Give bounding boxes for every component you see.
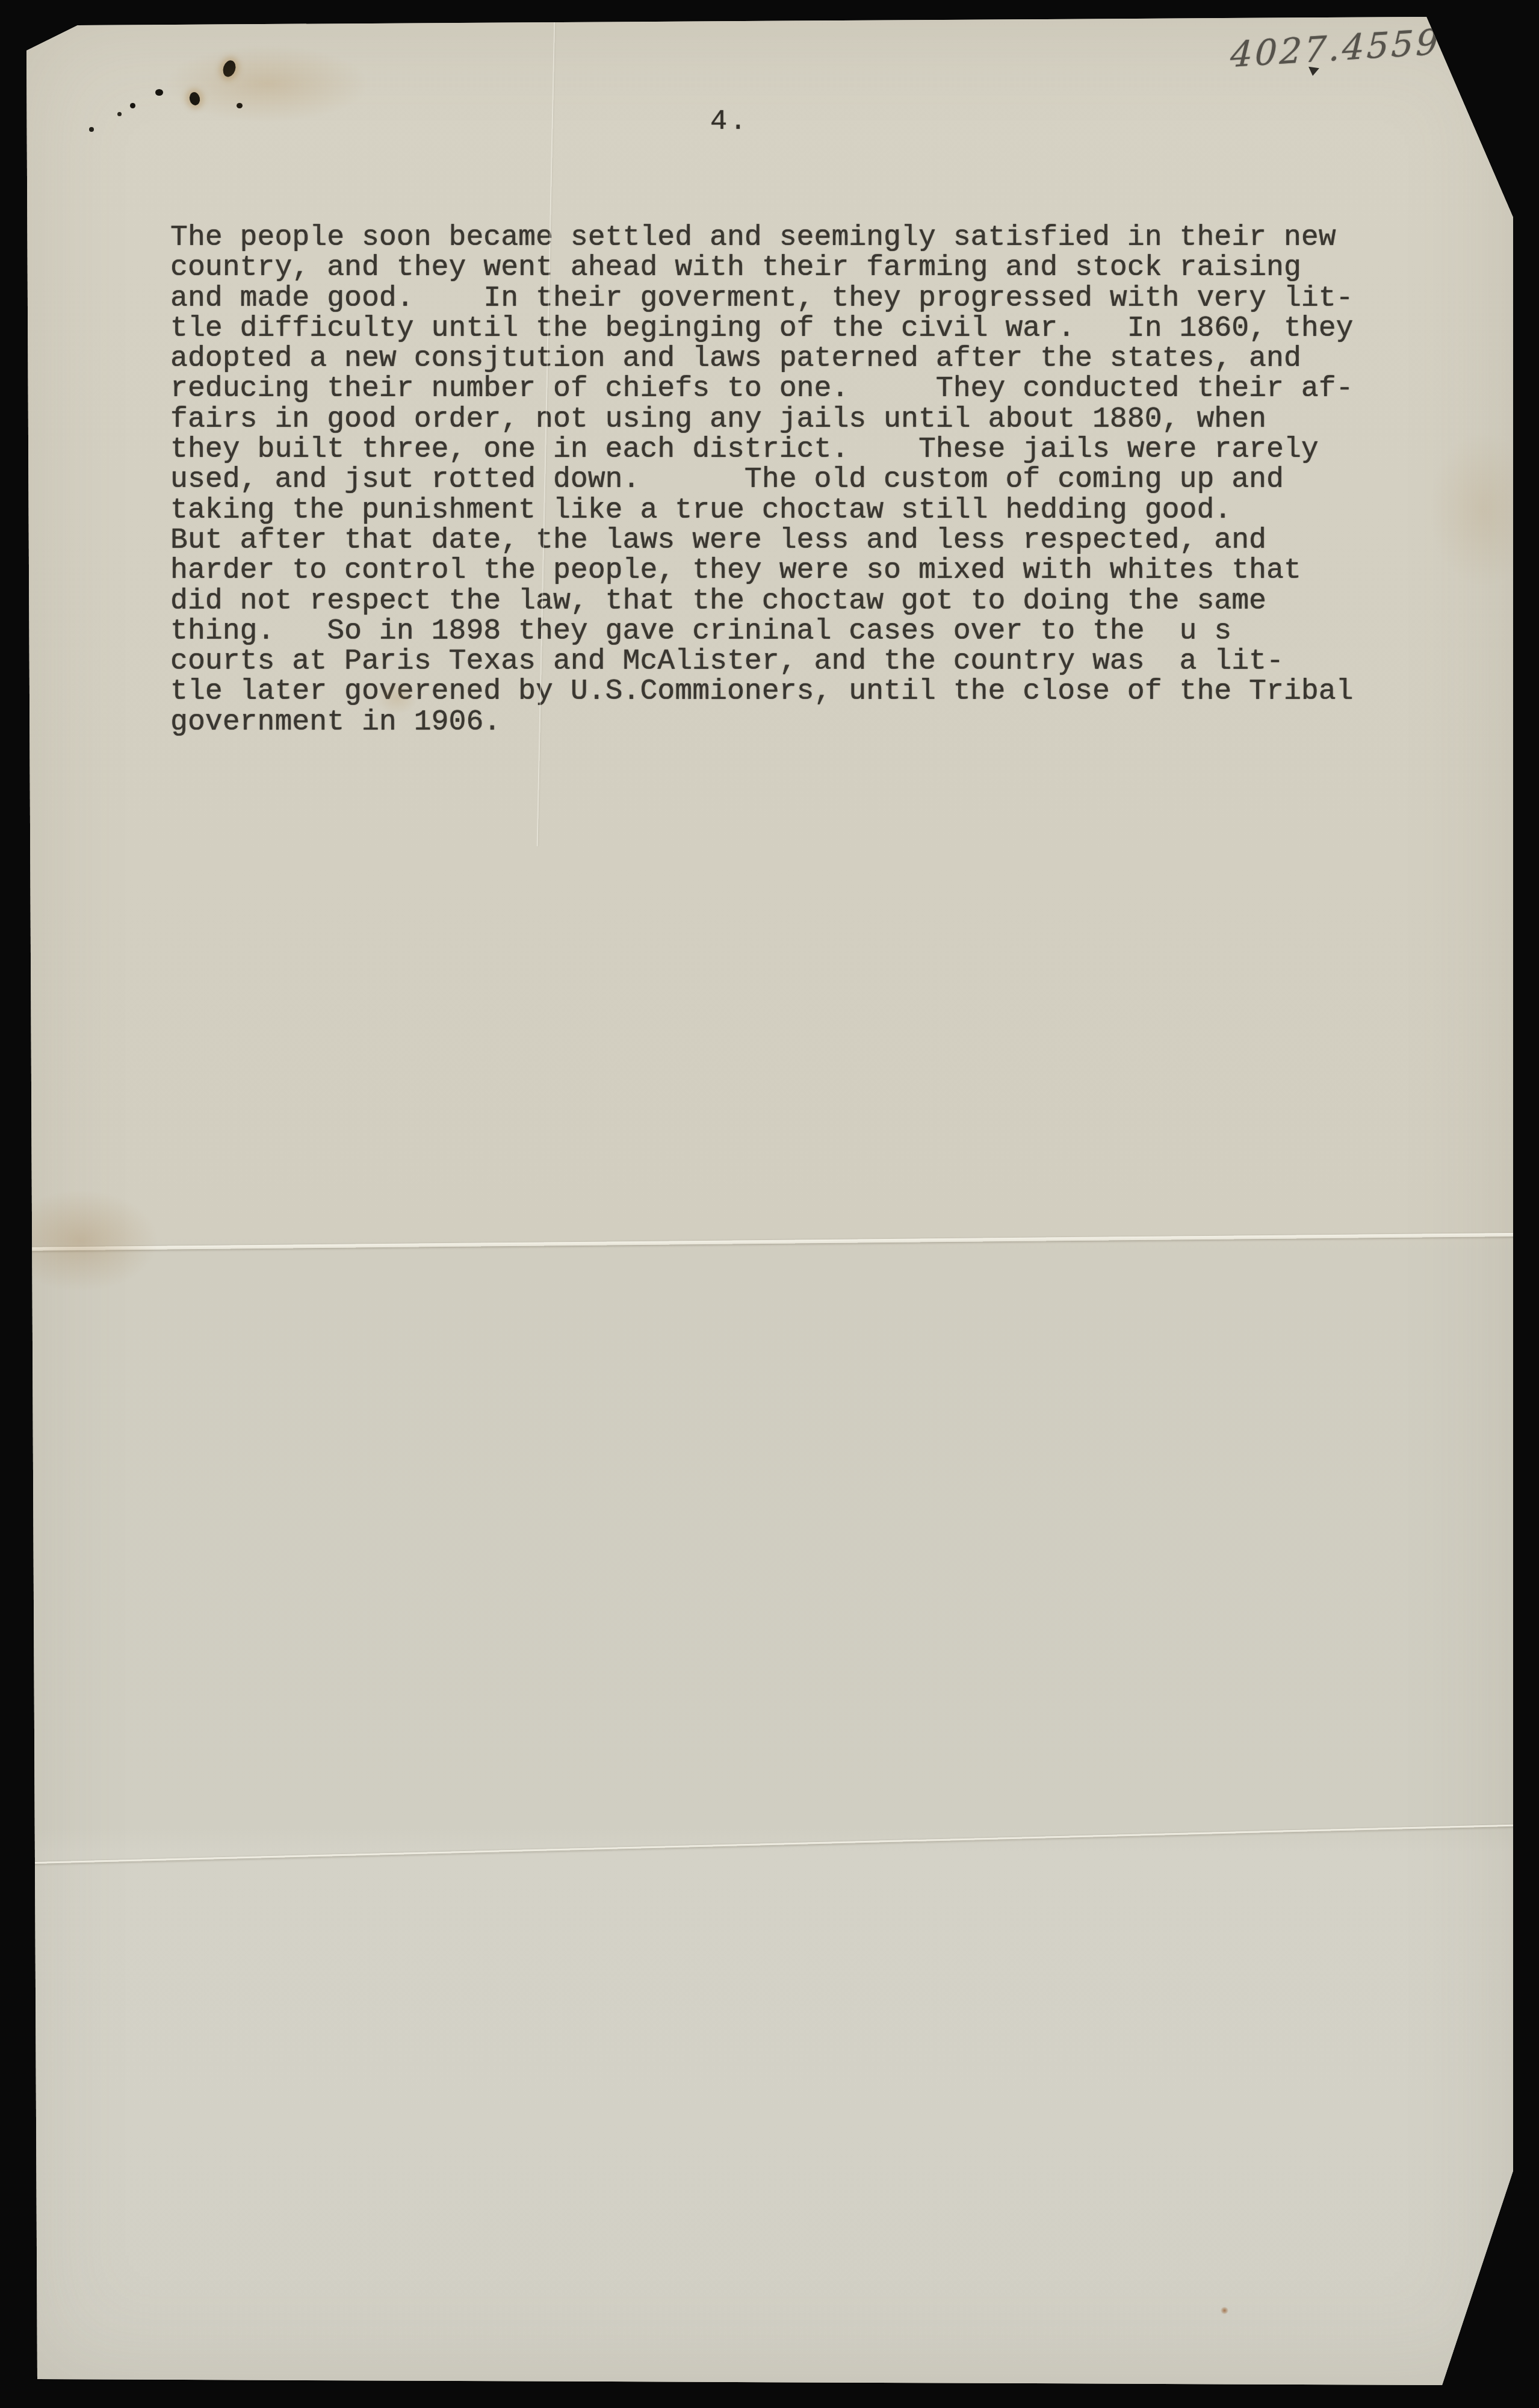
fold-crease-upper	[11, 1233, 1528, 1251]
pin-hole	[188, 91, 201, 106]
paper-speck	[89, 127, 94, 132]
fold-crease-lower	[11, 1824, 1528, 1864]
paper-stain	[165, 45, 370, 123]
paper-speck	[237, 103, 243, 108]
pencil-check-mark	[1307, 67, 1319, 76]
paper-speck	[117, 112, 122, 116]
typed-body-text: The people soon became settled and seemi…	[170, 223, 1354, 737]
paper-stain	[1221, 2307, 1228, 2314]
pin-hole	[155, 89, 163, 96]
document-page: 4027.4559.3 4. The people soon became se…	[20, 16, 1513, 2385]
pin-hole	[130, 103, 135, 108]
page-number: 4.	[710, 106, 749, 138]
pin-hole	[221, 59, 238, 79]
scanned-document-screenshot: { "document": { "accession_number": "402…	[0, 0, 1539, 2408]
